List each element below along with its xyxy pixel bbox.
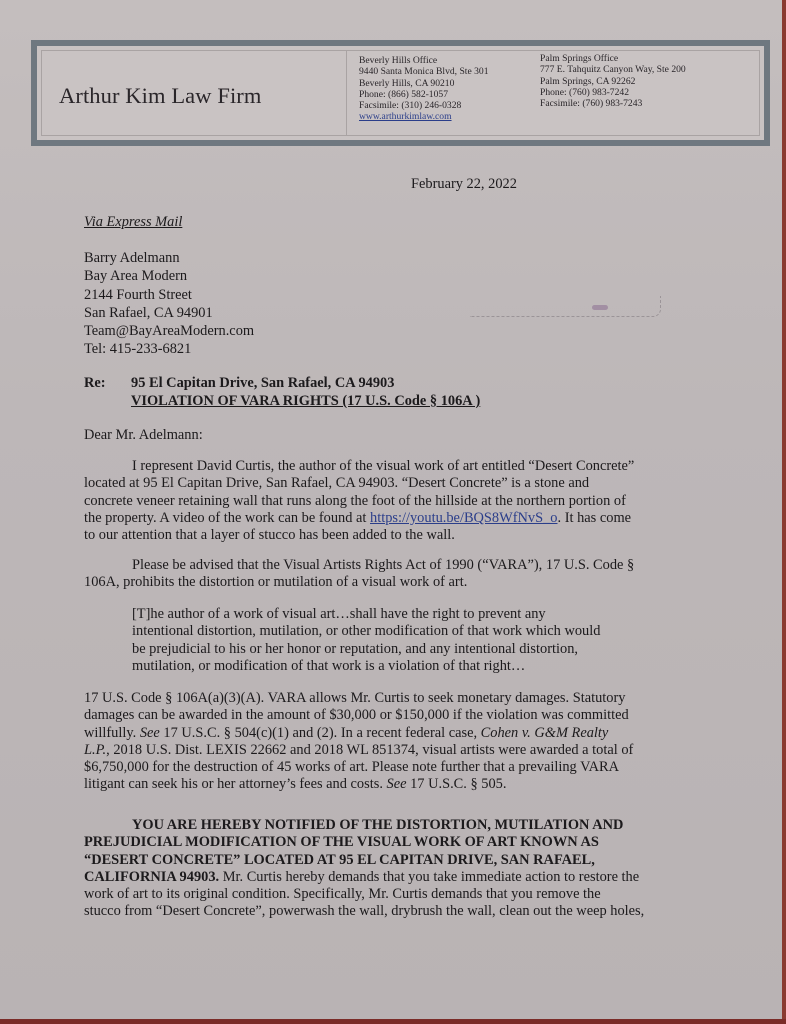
- text-line: mutilation, or modification of that work…: [132, 658, 600, 675]
- re-subject-violation: VIOLATION OF VARA RIGHTS (17 U.S. Code §…: [131, 393, 480, 410]
- office-address1: 777 E. Tahquitz Canyon Way, Ste 200: [540, 64, 686, 75]
- firm-name: Arthur Kim Law Firm: [59, 83, 262, 109]
- text-line: 106A, prohibits the distortion or mutila…: [84, 574, 724, 591]
- palm-springs-office: Palm Springs Office 777 E. Tahquitz Cany…: [540, 53, 686, 109]
- background-edge-right: [782, 0, 786, 1024]
- office-address2: Palm Springs, CA 92262: [540, 76, 686, 87]
- office-title: Beverly Hills Office: [359, 55, 489, 66]
- office-phone: Phone: (866) 582-1057: [359, 89, 489, 100]
- letterhead-divider: [346, 50, 347, 136]
- text-line: concrete veneer retaining wall that runs…: [84, 493, 724, 510]
- video-link[interactable]: https://youtu.be/BQS8WfNvS_o: [370, 510, 558, 526]
- text-line: PREJUDICIAL MODIFICATION OF THE VISUAL W…: [84, 834, 724, 851]
- re-subject-address: 95 El Capitan Drive, San Rafael, CA 9490…: [131, 375, 394, 392]
- text-line: [T]he author of a work of visual art…sha…: [132, 606, 600, 623]
- office-fax: Facsimile: (760) 983-7243: [540, 98, 686, 109]
- background-edge-bottom: [0, 1019, 786, 1024]
- text-line: I represent David Curtis, the author of …: [84, 458, 724, 475]
- faint-stamp-ink: [592, 305, 608, 310]
- office-phone: Phone: (760) 983-7242: [540, 87, 686, 98]
- text-line: work of art to its original condition. S…: [84, 886, 724, 903]
- text-line: “DESERT CONCRETE” LOCATED AT 95 EL CAPIT…: [84, 852, 724, 869]
- text-line: L.P., 2018 U.S. Dist. LEXIS 22662 and 20…: [84, 742, 724, 759]
- office-fax: Facsimile: (310) 246-0328: [359, 100, 489, 111]
- text-line: Please be advised that the Visual Artist…: [84, 557, 724, 574]
- re-label: Re:: [84, 375, 106, 392]
- salutation: Dear Mr. Adelmann:: [84, 427, 203, 444]
- text-line: located at 95 El Capitan Drive, San Rafa…: [84, 475, 724, 492]
- delivery-method: Via Express Mail: [84, 214, 182, 231]
- text-line: intentional distortion, mutilation, or o…: [132, 623, 600, 640]
- text-line: willfully. See 17 U.S.C. § 504(c)(1) and…: [84, 725, 724, 742]
- text-line: be prejudicial to his or her honor or re…: [132, 641, 600, 658]
- text-line: damages can be awarded in the amount of …: [84, 707, 724, 724]
- website-link[interactable]: www.arthurkimlaw.com: [359, 111, 452, 122]
- faint-stamp-mark: [470, 296, 661, 317]
- text-line: 17 U.S. Code § 106A(a)(3)(A). VARA allow…: [84, 690, 724, 707]
- recipient-company: Bay Area Modern: [84, 267, 254, 285]
- paragraph-notice-demand: YOU ARE HEREBY NOTIFIED OF THE DISTORTIO…: [84, 817, 724, 921]
- text-line: CALIFORNIA 94903. Mr. Curtis hereby dema…: [84, 869, 724, 886]
- text-line: YOU ARE HEREBY NOTIFIED OF THE DISTORTIO…: [84, 817, 724, 834]
- letter-date: February 22, 2022: [411, 176, 517, 193]
- office-address1: 9440 Santa Monica Blvd, Ste 301: [359, 66, 489, 77]
- text-line: to our attention that a layer of stucco …: [84, 527, 724, 544]
- letterhead: Arthur Kim Law Firm Beverly Hills Office…: [31, 40, 770, 146]
- recipient-address: Barry Adelmann Bay Area Modern 2144 Four…: [84, 249, 254, 359]
- recipient-email: Team@BayAreaModern.com: [84, 322, 254, 340]
- text-line: stucco from “Desert Concrete”, powerwash…: [84, 903, 724, 920]
- recipient-tel: Tel: 415-233-6821: [84, 340, 254, 358]
- beverly-hills-office: Beverly Hills Office 9440 Santa Monica B…: [359, 55, 489, 123]
- paragraph-representation: I represent David Curtis, the author of …: [84, 458, 724, 544]
- statute-quote: [T]he author of a work of visual art…sha…: [132, 606, 600, 675]
- paragraph-vara-advisory: Please be advised that the Visual Artist…: [84, 557, 724, 592]
- office-address2: Beverly Hills, CA 90210: [359, 78, 489, 89]
- recipient-street: 2144 Fourth Street: [84, 286, 254, 304]
- text-line: litigant can seek his or her attorney’s …: [84, 776, 724, 793]
- paragraph-damages: 17 U.S. Code § 106A(a)(3)(A). VARA allow…: [84, 690, 724, 794]
- recipient-name: Barry Adelmann: [84, 249, 254, 267]
- letter-page: Arthur Kim Law Firm Beverly Hills Office…: [0, 0, 782, 1019]
- text-line: the property. A video of the work can be…: [84, 510, 724, 527]
- recipient-city: San Rafael, CA 94901: [84, 304, 254, 322]
- office-title: Palm Springs Office: [540, 53, 686, 64]
- text-line: $6,750,000 for the destruction of 45 wor…: [84, 759, 724, 776]
